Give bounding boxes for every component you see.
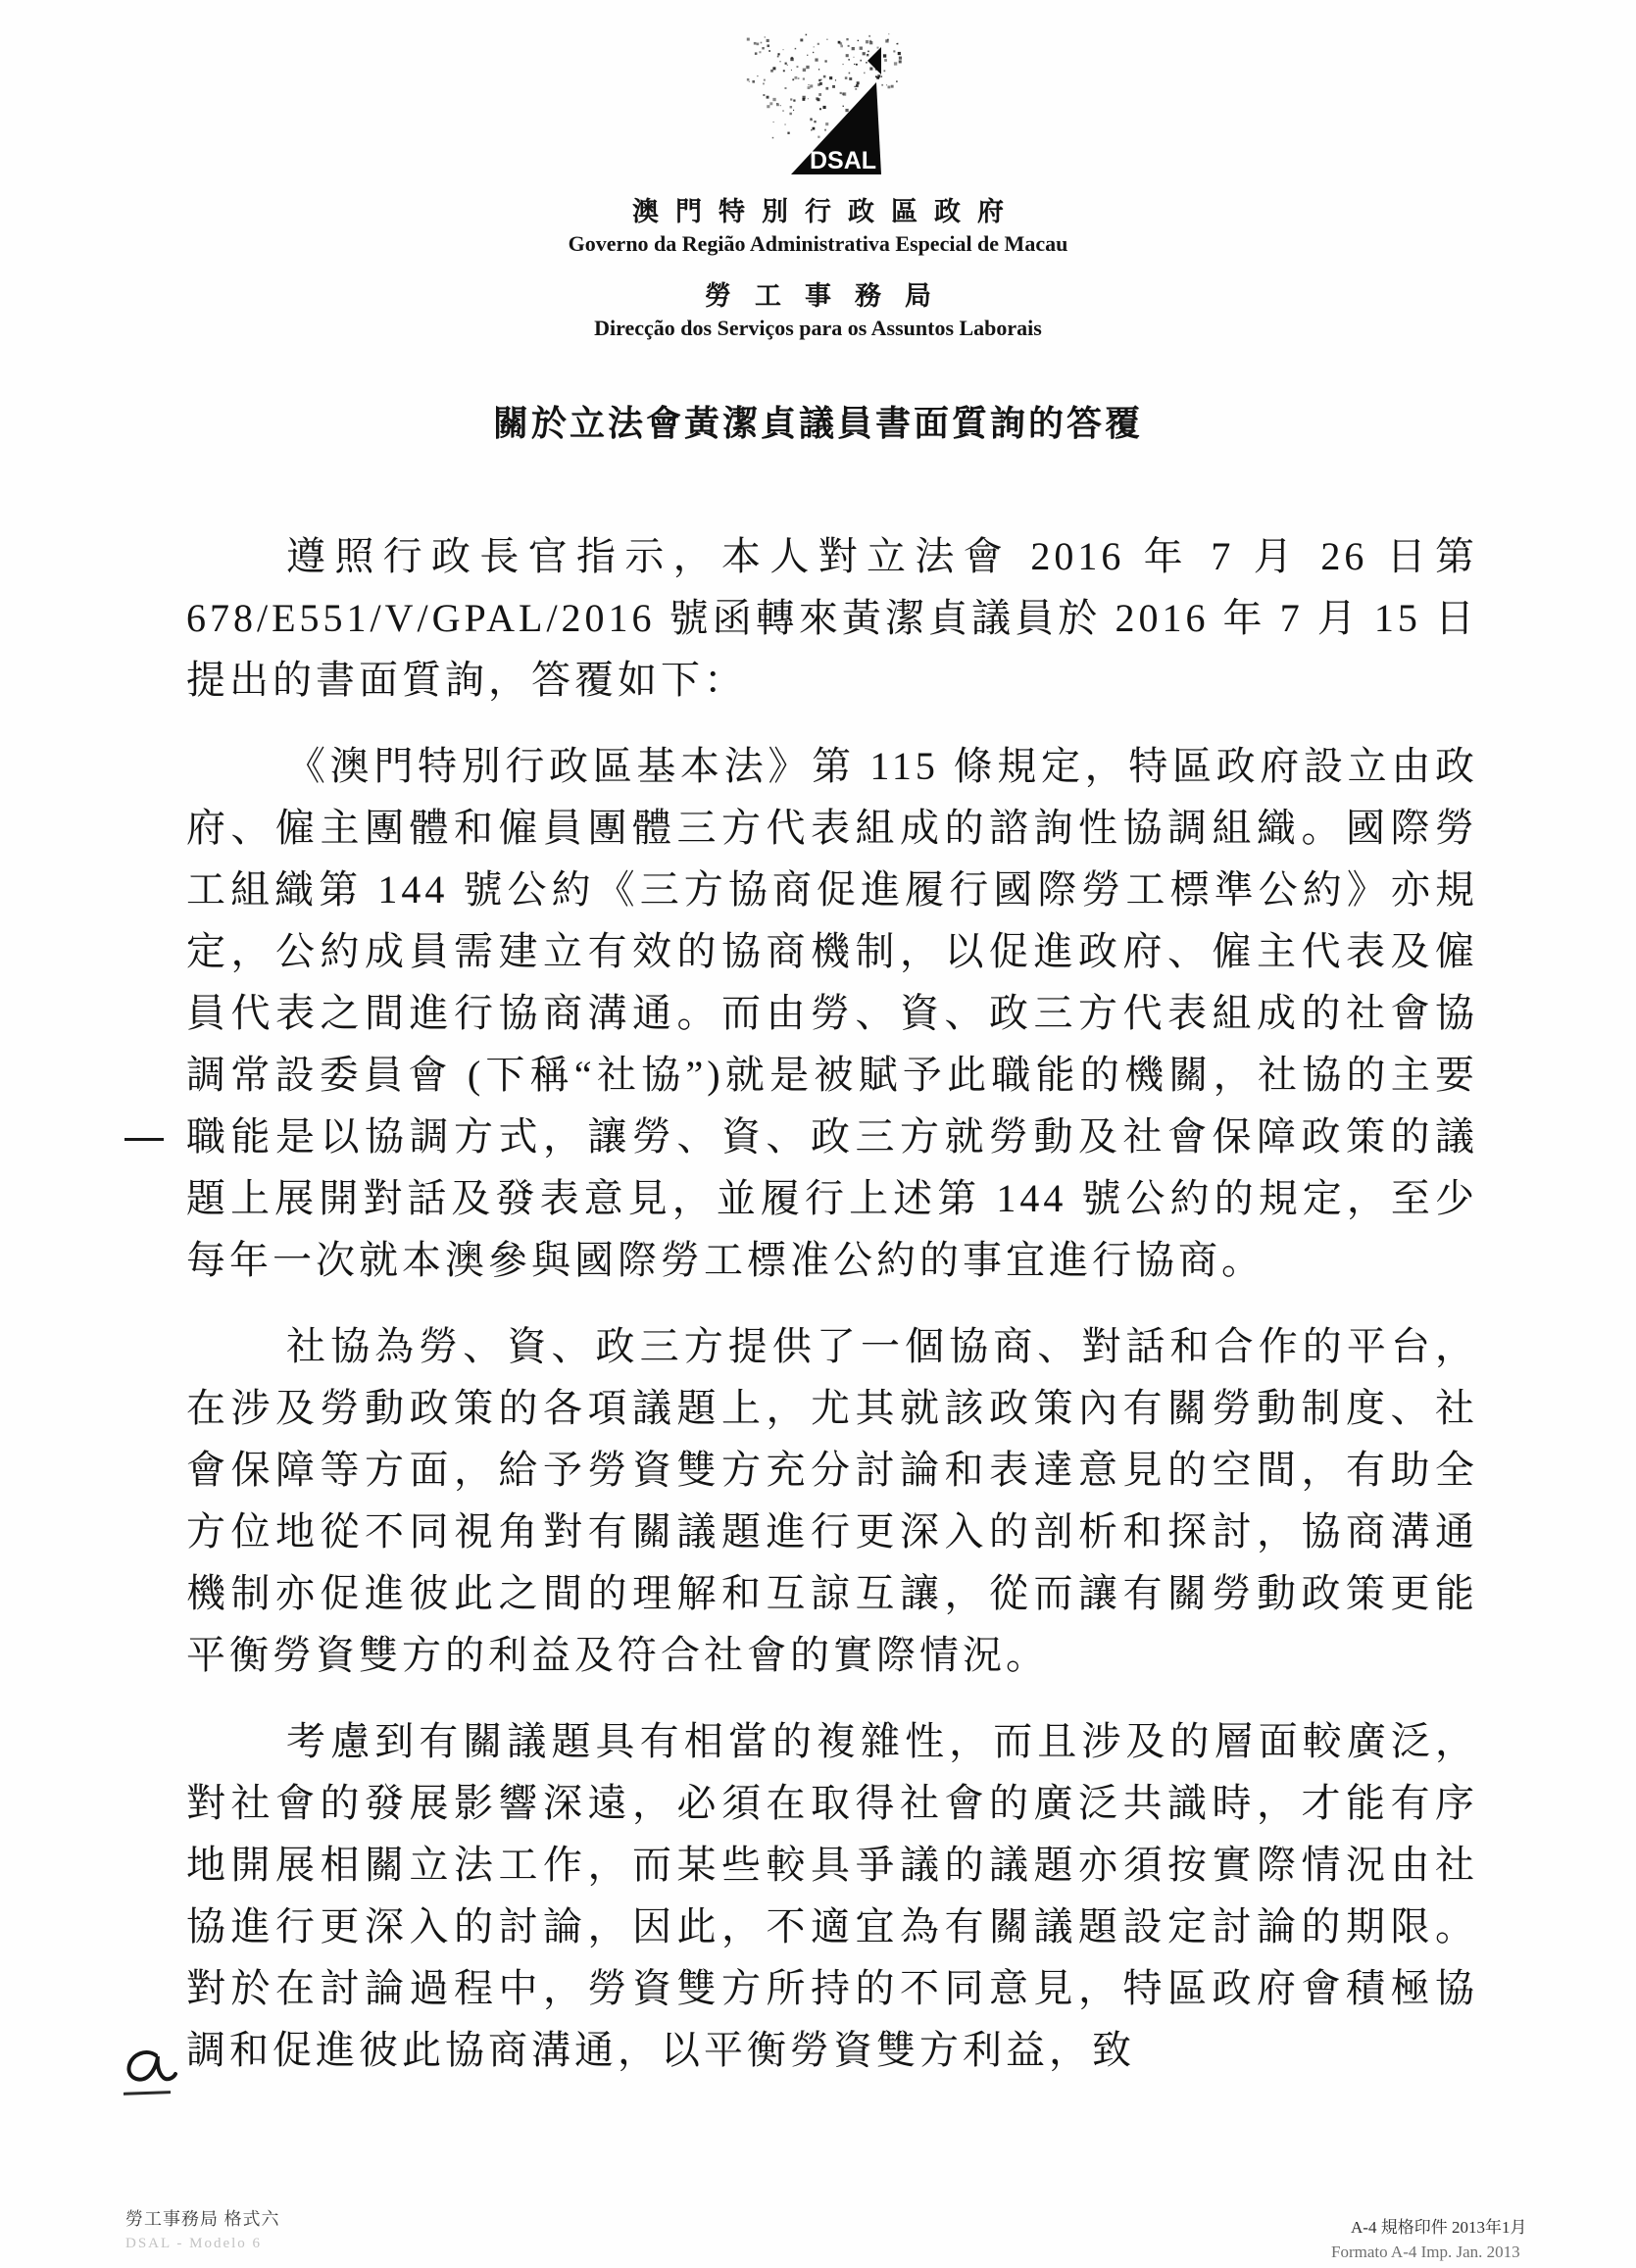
scanned-document-page: DSAL 澳門特別行政區政府 Governo da Região Adminis… xyxy=(0,0,1636,2268)
logo-top-shard xyxy=(868,47,881,74)
footer-print-spec-zh: A-4 規格印件 2013年1月 xyxy=(1351,2213,1526,2238)
document-title: 關於立法會黃潔貞議員書面質詢的答覆 xyxy=(0,396,1636,446)
logo-noise-speckle xyxy=(747,33,902,138)
paragraph-1: 遵照行政長官指示，本人對立法會 2016 年 7 月 26 日第 678/E55… xyxy=(186,525,1478,711)
government-name-pt: Governo da Região Administrativa Especia… xyxy=(0,231,1636,257)
handwritten-letter-mark xyxy=(124,2046,178,2090)
footer-form-number-pt: DSAL - Modelo 6 xyxy=(125,2236,262,2252)
margin-dash-mark xyxy=(124,1138,164,1141)
department-name-pt: Direcção dos Serviços para os Assuntos L… xyxy=(0,316,1636,341)
paragraph-2: 《澳門特別行政區基本法》第 115 條規定，特區政府設立由政府、僱主團體和僱員團… xyxy=(186,735,1478,1291)
letterhead: 澳門特別行政區政府 Governo da Região Administrati… xyxy=(0,190,1636,341)
handwritten-a-icon xyxy=(124,2046,178,2090)
paragraph-3: 社協為勞、資、政三方提供了一個協商、對話和合作的平台，在涉及勞動政策的各項議題上… xyxy=(186,1315,1478,1686)
footer-form-number-zh: 勞工事務局 格式六 xyxy=(125,2205,280,2231)
document-body: 遵照行政長官指示，本人對立法會 2016 年 7 月 26 日第 678/E55… xyxy=(186,525,1478,2105)
dsal-logo: DSAL xyxy=(737,33,910,186)
government-name-zh: 澳門特別行政區政府 xyxy=(0,190,1636,228)
dsal-logo-graphic: DSAL xyxy=(737,33,910,186)
handwritten-underline-mark xyxy=(124,2091,171,2095)
department-name-zh: 勞工事務局 xyxy=(0,274,1636,313)
paragraph-4: 考慮到有關議題具有相當的複雜性，而且涉及的層面較廣泛，對社會的發展影響深遠，必須… xyxy=(186,1710,1478,2081)
footer-print-spec-pt: Formato A-4 Imp. Jan. 2013 xyxy=(1331,2243,1520,2262)
logo-text: DSAL xyxy=(810,147,876,174)
